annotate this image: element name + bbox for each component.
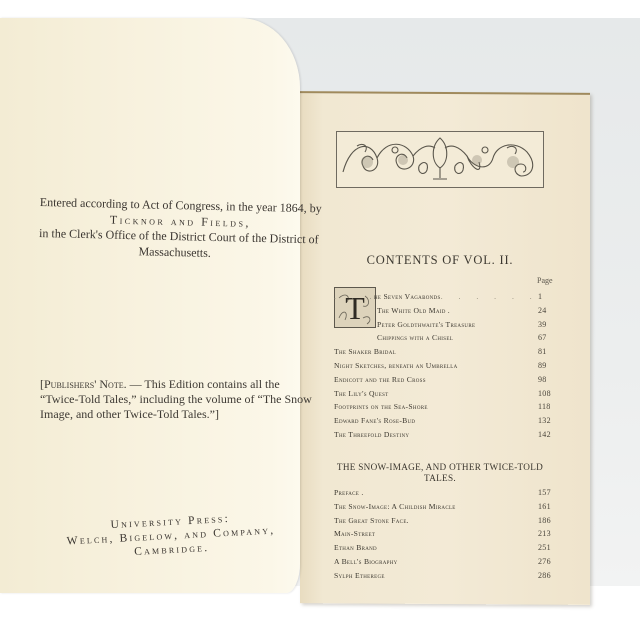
toc-entry: The White Old Maid .24 xyxy=(334,306,554,320)
toc-entry: The Snow-Image: A Childish Miracle161 xyxy=(334,502,554,516)
toc-entry: Night Sketches, beneath an Umbrella89 xyxy=(334,361,554,375)
note-line: [Publishers' Note. — This Edition contai… xyxy=(40,377,302,392)
section2-contents-list: Preface .157 The Snow-Image: A Childish … xyxy=(334,488,554,585)
toc-entry: Main-Street213 xyxy=(334,529,554,543)
note-line: Image, and other Twice-Told Tales.”] xyxy=(40,407,302,422)
floral-headpiece-ornament-icon xyxy=(336,131,544,188)
toc-entry: The Lily's Quest108 xyxy=(334,389,554,403)
toc-entry: Sylph Etherege286 xyxy=(334,571,554,585)
left-page xyxy=(0,18,300,593)
section2-title-line2: TALES. xyxy=(334,473,546,484)
toc-entry: A Bell's Biography276 xyxy=(334,557,554,571)
toc-entry: Peter Goldthwaite's Treasure39 xyxy=(334,320,554,334)
toc-entry: Endicott and the Red Cross98 xyxy=(334,375,554,389)
section2-title: THE SNOW-IMAGE, AND OTHER TWICE-TOLD TAL… xyxy=(334,462,546,484)
toc-entry: Chippings with a Chisel67 xyxy=(334,333,554,347)
toc-entry: Edward Fane's Rose-Bud132 xyxy=(334,416,554,430)
toc-entry: Preface .157 xyxy=(334,488,554,502)
contents-list: he Seven Vagabonds. . . . . . . . . . . … xyxy=(334,292,554,444)
contents-title: CONTENTS OF VOL. II. xyxy=(330,253,550,268)
toc-entry: Ethan Brand251 xyxy=(334,543,554,557)
toc-entry: Footprints on the Sea-Shore118 xyxy=(334,402,554,416)
toc-entry: The Shaker Bridal81 xyxy=(334,347,554,361)
copyright-notice: Entered according to Act of Congress, in… xyxy=(39,195,302,263)
toc-entry: The Great Stone Face.186 xyxy=(334,516,554,530)
note-line: “Twice-Told Tales,” including the volume… xyxy=(40,392,302,407)
page-column-label: Page xyxy=(537,276,553,285)
publishers-note: [Publishers' Note. — This Edition contai… xyxy=(40,377,302,422)
toc-entry: he Seven Vagabonds. . . . . . . . . . . … xyxy=(334,292,554,306)
section2-title-line1: THE SNOW-IMAGE, AND OTHER TWICE-TOLD xyxy=(334,462,546,473)
toc-entry: The Threefold Destiny142 xyxy=(334,430,554,444)
